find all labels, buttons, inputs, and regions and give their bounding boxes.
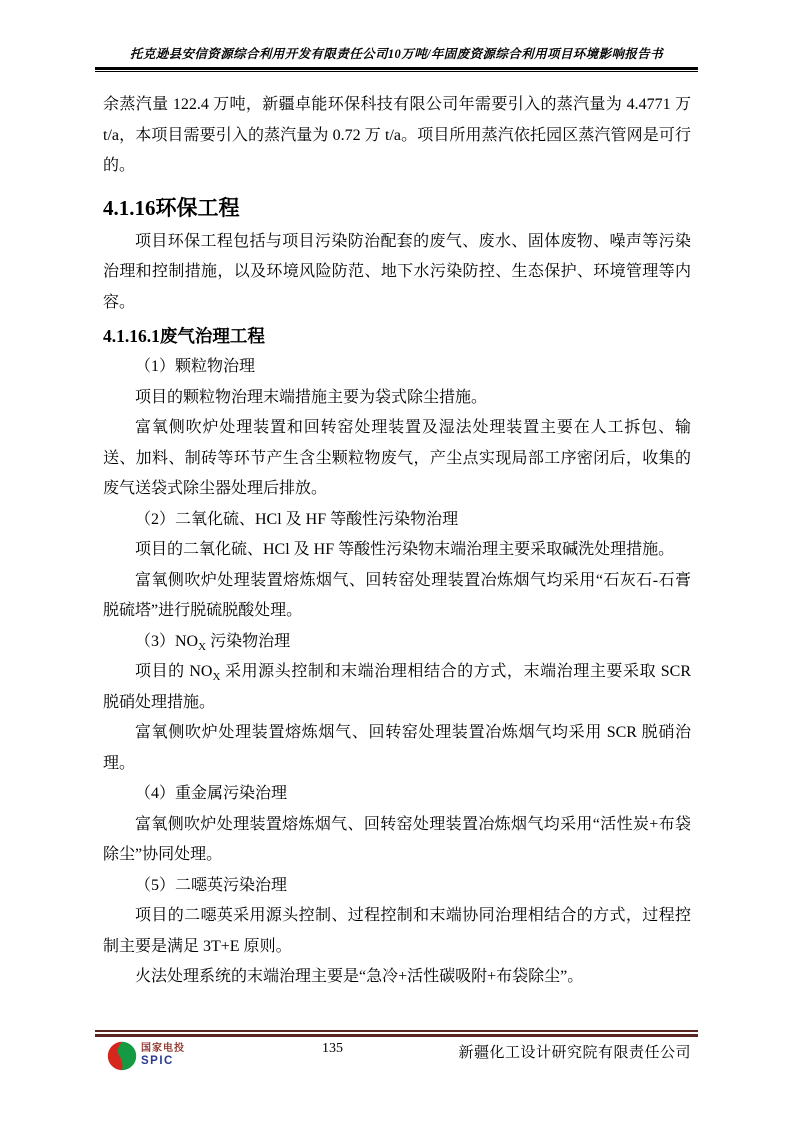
document-page: 托克逊县安信资源综合利用开发有限责任公司10万吨/年固废资源综合利用项目环境影响…	[0, 0, 793, 1122]
header-divider	[95, 67, 698, 72]
section-number: 4.1.16	[103, 196, 156, 220]
section-title: 环保工程	[156, 197, 240, 220]
para-steam-continuation: 余蒸汽量 122.4 万吨，新疆卓能环保科技有限公司年需要引入的蒸汽量为 4.4…	[103, 90, 691, 182]
para-particulate-sources: 富氧侧吹炉处理装置和回转窑处理装置及湿法处理装置主要在人工拆包、输送、加料、制砖…	[103, 413, 691, 505]
page-number: 135	[322, 1041, 343, 1057]
para-acid-measure: 项目的二氧化硫、HCl 及 HF 等酸性污染物末端治理主要采取碱洗处理措施。	[103, 535, 691, 566]
para-particulate-measure: 项目的颗粒物治理末端措施主要为袋式除尘措施。	[103, 383, 691, 414]
para-nox-scr: 富氧侧吹炉处理装置熔炼烟气、回转窑处理装置冶炼烟气均采用 SCR 脱硝治理。	[103, 718, 691, 779]
item-heading-acid-pollutants: （2）二氧化硫、HCl 及 HF 等酸性污染物治理	[103, 505, 691, 536]
item-heading-dioxin: （5）二噁英污染治理	[103, 871, 691, 902]
spic-swirl-icon	[106, 1040, 138, 1072]
para-heavy-metal-measure: 富氧侧吹炉处理装置熔炼烟气、回转窑处理装置冶炼烟气均采用“活性炭+布袋除尘”协同…	[103, 810, 691, 871]
footer-divider	[95, 1030, 698, 1037]
page-header: 托克逊县安信资源综合利用开发有限责任公司10万吨/年固废资源综合利用项目环境影响…	[95, 44, 698, 72]
report-title: 托克逊县安信资源综合利用开发有限责任公司10万吨/年固废资源综合利用项目环境影响…	[95, 44, 698, 62]
spic-logo-cn: 国家电投	[141, 1044, 185, 1054]
spic-logo-en: SPIC	[141, 1056, 185, 1068]
document-body: 余蒸汽量 122.4 万吨，新疆卓能环保科技有限公司年需要引入的蒸汽量为 4.4…	[103, 90, 691, 993]
para-dioxin-end-treatment: 火法处理系统的末端治理主要是“急冷+活性碳吸附+布袋除尘”。	[103, 962, 691, 993]
para-nox-measure: 项目的 NOX 采用源头控制和末端治理相结合的方式，末端治理主要采取 SCR 脱…	[103, 657, 691, 718]
spic-logo: 国家电投 SPIC	[106, 1040, 185, 1072]
subsection-title: 废气治理工程	[160, 326, 265, 346]
footer-company-name: 新疆化工设计研究院有限责任公司	[458, 1041, 691, 1062]
section-heading-environmental-engineering: 4.1.16环保工程	[103, 192, 691, 225]
spic-logo-text: 国家电投 SPIC	[141, 1044, 185, 1068]
para-dioxin-measure: 项目的二噁英采用源头控制、过程控制和末端协同治理相结合的方式，过程控制主要是满足…	[103, 901, 691, 962]
item-heading-nox: （3）NOX 污染物治理	[103, 627, 691, 658]
para-desulfurization: 富氧侧吹炉处理装置熔炼烟气、回转窑处理装置冶炼烟气均采用“石灰石-石膏脱硫塔”进…	[103, 566, 691, 627]
item-heading-heavy-metal: （4）重金属污染治理	[103, 779, 691, 810]
item-heading-particulate-control: （1）颗粒物治理	[103, 352, 691, 383]
subsection-number: 4.1.16.1	[103, 326, 160, 346]
para-environmental-overview: 项目环保工程包括与项目污染防治配套的废气、废水、固体废物、噪声等污染治理和控制措…	[103, 227, 691, 319]
subsection-heading-waste-gas-treatment: 4.1.16.1废气治理工程	[103, 323, 691, 349]
